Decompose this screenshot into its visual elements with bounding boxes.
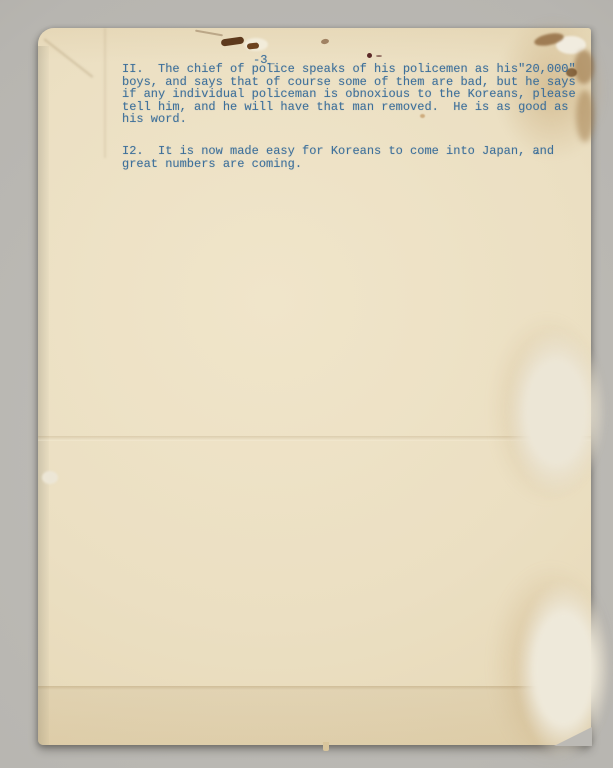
brown-fleck — [321, 38, 330, 44]
top-right-dark-spot — [576, 90, 594, 142]
bottom-right-corner-cut — [554, 727, 592, 746]
stray-ink-dot: . — [533, 145, 540, 158]
document-page: -3_ II. The chief of police speaks of hi… — [38, 28, 591, 745]
scratch-mark — [195, 30, 223, 37]
ink-speck — [367, 53, 372, 58]
top-left-corner-crease — [43, 38, 93, 78]
ink-speck — [376, 55, 382, 57]
vertical-fold-crease — [104, 28, 106, 158]
paragraph-12: I2. It is now made easy for Koreans to c… — [122, 145, 554, 170]
photo-background: -3_ II. The chief of police speaks of hi… — [0, 0, 613, 768]
top-right-dark-spot — [574, 50, 594, 84]
right-edge-abrasion-patch — [506, 328, 606, 496]
paragraph-11: II. The chief of police speaks of his po… — [122, 63, 576, 126]
bottom-edge-notch — [323, 742, 329, 751]
brown-smudge-mark — [221, 36, 245, 46]
left-edge-chip — [42, 471, 58, 484]
paper-left-edge-shading — [38, 46, 49, 745]
